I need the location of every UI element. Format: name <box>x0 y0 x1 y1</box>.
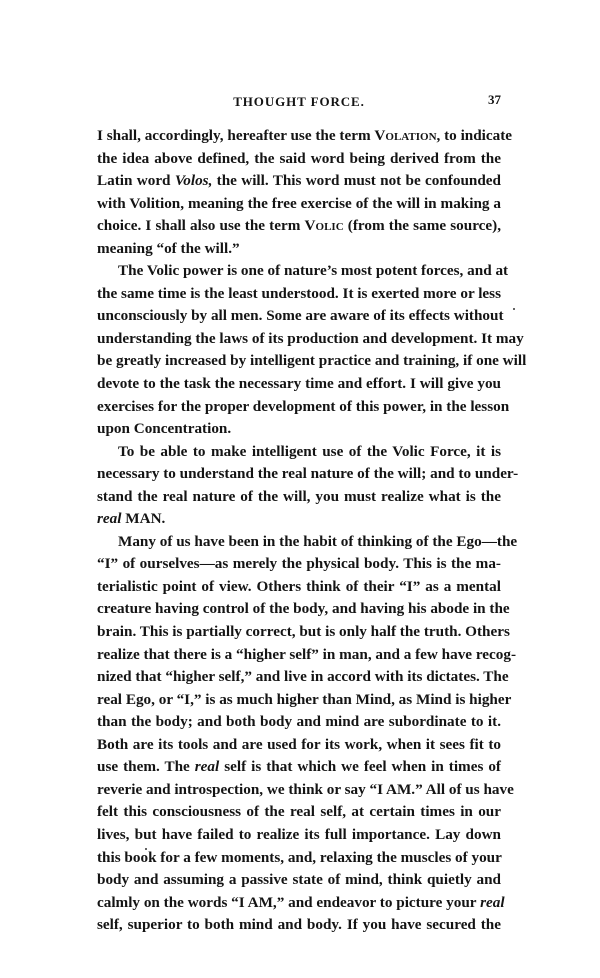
text-line: unconsciously by all men. Some are aware… <box>97 305 501 328</box>
running-title: THOUGHT FORCE. <box>97 94 501 110</box>
text-line: meaning “of the will.” <box>97 238 501 261</box>
italic-term: real <box>97 510 121 527</box>
small-caps-term: Volation <box>374 127 436 144</box>
text-line: devote to the task the necessary time an… <box>97 373 501 396</box>
text-line: understanding the laws of its production… <box>97 328 501 351</box>
running-head: THOUGHT FORCE. 37 <box>97 92 501 112</box>
text-line: upon Concentration. <box>97 418 501 441</box>
text-line: nized that “higher self,” and live in ac… <box>97 666 501 689</box>
page-number: 37 <box>488 92 501 108</box>
text-line: calmly on the words “I AM,” and endeavor… <box>97 892 501 915</box>
text-line: choice. I shall also use the term Volic … <box>97 215 501 238</box>
book-page: THOUGHT FORCE. 37 I shall, accordingly, … <box>0 0 600 978</box>
italic-term: Volos, <box>175 172 213 189</box>
text-line: this book for a few moments, and, relaxi… <box>97 847 501 870</box>
text-line: real MAN. <box>97 508 501 531</box>
text-line: exercises for the proper development of … <box>97 396 501 419</box>
text-line: than the body; and both body and mind ar… <box>97 711 501 734</box>
text-line: stand the real nature of the will, you m… <box>97 486 501 509</box>
text-line: I shall, accordingly, hereafter use the … <box>97 125 501 148</box>
text-line: terialistic point of view. Others think … <box>97 576 501 599</box>
text-line: “I” of ourselves—as merely the physical … <box>97 553 501 576</box>
text-line: felt this consciousness of the real self… <box>97 801 501 824</box>
text-line: be greatly increased by intelligent prac… <box>97 350 501 373</box>
text-line: To be able to make intelligent use of th… <box>97 441 501 464</box>
text-line: use them. The real self is that which we… <box>97 756 501 779</box>
text-line: Both are its tools and are used for its … <box>97 734 501 757</box>
text-line: creature having control of the body, and… <box>97 598 501 621</box>
text-line: the idea above defined, the said word be… <box>97 148 501 171</box>
text-line: real Ego, or “I,” is as much higher than… <box>97 689 501 712</box>
text-line: with Volition, meaning the free exercise… <box>97 193 501 216</box>
body-text: I shall, accordingly, hereafter use the … <box>97 125 501 937</box>
text-line: self, superior to both mind and body. If… <box>97 914 501 937</box>
text-line: Latin word Volos, the will. This word mu… <box>97 170 501 193</box>
text-line: lives, but have failed to realize its fu… <box>97 824 501 847</box>
text-line: brain. This is partially correct, but is… <box>97 621 501 644</box>
text-line: necessary to understand the real nature … <box>97 463 501 486</box>
text-line: the same time is the least understood. I… <box>97 283 501 306</box>
text-line: Many of us have been in the habit of thi… <box>97 531 501 554</box>
text-line: The Volic power is one of nature’s most … <box>97 260 501 283</box>
print-speck <box>513 308 515 310</box>
text-line: reverie and introspection, we think or s… <box>97 779 501 802</box>
text-line: body and assuming a passive state of min… <box>97 869 501 892</box>
italic-term: real <box>480 894 504 911</box>
text-line: realize that there is a “higher self” in… <box>97 644 501 667</box>
small-caps-term: Volic <box>305 217 344 234</box>
print-speck <box>145 848 147 850</box>
italic-term: real <box>195 758 219 775</box>
